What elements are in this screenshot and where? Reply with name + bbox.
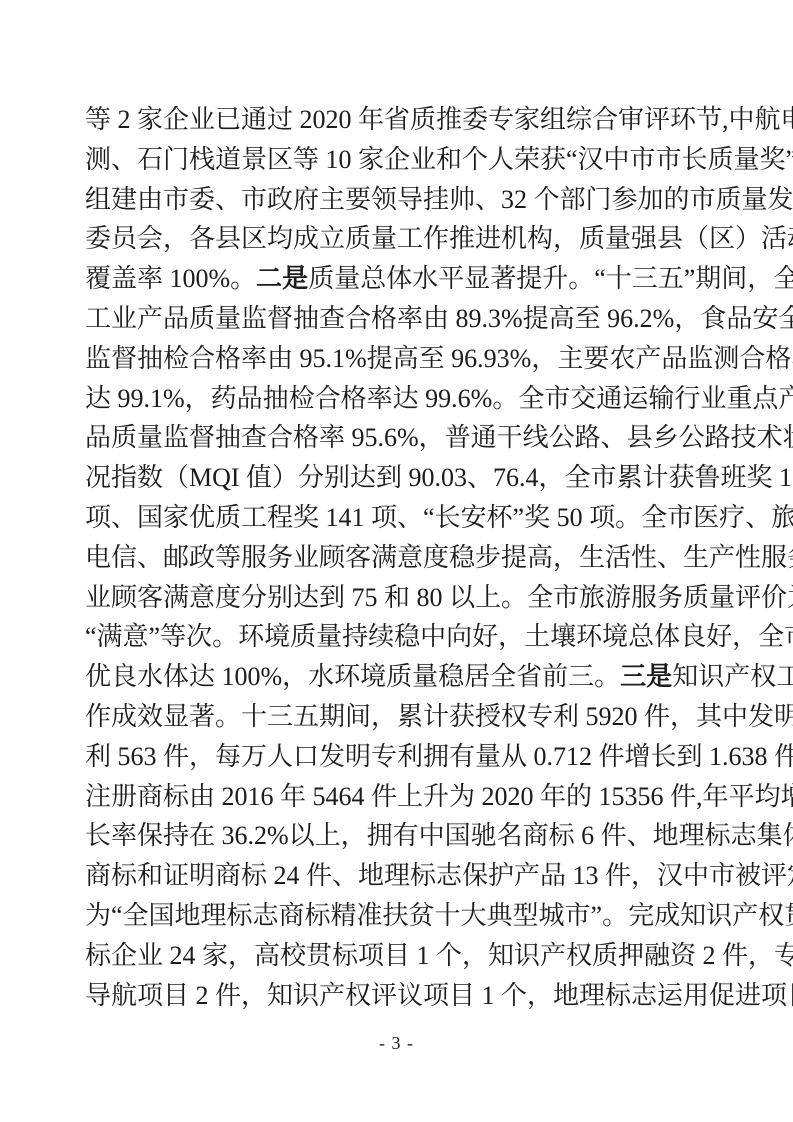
text-line: 达 99.1%，药品抽检合格率达 99.6%。全市交通运输行业重点产 <box>85 379 713 419</box>
text-column: 等 2 家企业已通过 2020 年省质推委专家组综合审评环节,中航电测、石门栈道… <box>85 100 713 1015</box>
text-line: 为“全国地理标志商标精准扶贫十大典型城市”。完成知识产权贯 <box>85 896 713 936</box>
text-segment: 品质量监督抽查合格率 95.6%，普通干线公路、县乡公路技术状 <box>85 423 793 452</box>
text-segment: 组建由市委、市政府主要领导挂帅、32 个部门参加的市质量发展 <box>85 185 793 214</box>
text-segment: 电信、邮政等服务业顾客满意度稳步提高，生活性、生产性服务 <box>85 543 793 572</box>
text-line: 优良水体达 100%，水环境质量稳居全省前三。三是知识产权工 <box>85 657 713 697</box>
text-line: 等 2 家企业已通过 2020 年省质推委专家组综合审评环节,中航电 <box>85 100 713 140</box>
text-segment: 监督抽检合格率由 95.1%提高至 96.93%，主要农产品监测合格率 <box>85 344 793 373</box>
text-segment: 覆盖率 100%。 <box>85 264 256 293</box>
bold-text-segment: 三是 <box>620 662 672 691</box>
text-segment: 利 563 件，每万人口发明专利拥有量从 0.712 件增长到 1.638 件。 <box>85 742 793 771</box>
text-line: 委员会，各县区均成立质量工作推进机构，质量强县（区）活动 <box>85 219 713 259</box>
text-line: 覆盖率 100%。二是质量总体水平显著提升。“十三五”期间，全市 <box>85 259 713 299</box>
text-segment: 业顾客满意度分别达到 75 和 80 以上。全市旅游服务质量评价为 <box>85 583 793 612</box>
text-segment: 测、石门栈道景区等 10 家企业和个人荣获“汉中市市长质量奖”。 <box>85 145 793 174</box>
text-line: 测、石门栈道景区等 10 家企业和个人荣获“汉中市市长质量奖”。 <box>85 140 713 180</box>
bold-text-segment: 二是 <box>256 264 308 293</box>
text-segment: 标企业 24 家，高校贯标项目 1 个，知识产权质押融资 2 件，专利 <box>85 941 793 970</box>
text-segment: “满意”等次。环境质量持续稳中向好，土壤环境总体良好，全市 <box>85 622 793 651</box>
text-line: 业顾客满意度分别达到 75 和 80 以上。全市旅游服务质量评价为 <box>85 578 713 618</box>
text-segment: 知识产权工 <box>672 662 793 691</box>
text-segment: 质量总体水平显著提升。“十三五”期间，全市 <box>308 264 793 293</box>
page-number: - 3 - <box>0 1033 793 1054</box>
text-segment: 项、国家优质工程奖 141 项、“长安杯”奖 50 项。全市医疗、旅游、 <box>85 503 793 532</box>
text-segment: 委员会，各县区均成立质量工作推进机构，质量强县（区）活动 <box>85 224 793 253</box>
text-line: 组建由市委、市政府主要领导挂帅、32 个部门参加的市质量发展 <box>85 180 713 220</box>
text-line: 商标和证明商标 24 件、地理标志保护产品 13 件，汉中市被评定 <box>85 856 713 896</box>
text-segment: 为“全国地理标志商标精准扶贫十大典型城市”。完成知识产权贯 <box>85 901 793 930</box>
document-page: 等 2 家企业已通过 2020 年省质推委专家组综合审评环节,中航电测、石门栈道… <box>0 0 793 1122</box>
text-segment: 优良水体达 100%，水环境质量稳居全省前三。 <box>85 662 620 691</box>
text-segment: 况指数（MQI 值）分别达到 90.03、76.4，全市累计获鲁班奖 110 <box>85 463 793 492</box>
text-line: 监督抽检合格率由 95.1%提高至 96.93%，主要农产品监测合格率 <box>85 339 713 379</box>
text-segment: 商标和证明商标 24 件、地理标志保护产品 13 件，汉中市被评定 <box>85 861 793 890</box>
text-line: 长率保持在 36.2%以上，拥有中国驰名商标 6 件、地理标志集体 <box>85 816 713 856</box>
text-segment: 注册商标由 2016 年 5464 件上升为 2020 年的 15356 件,年… <box>85 782 793 811</box>
text-line: 标企业 24 家，高校贯标项目 1 个，知识产权质押融资 2 件，专利 <box>85 936 713 976</box>
text-line: 导航项目 2 件，知识产权评议项目 1 个，地理标志运用促进项目 <box>85 976 713 1016</box>
text-line: 作成效显著。十三五期间，累计获授权专利 5920 件，其中发明专 <box>85 697 713 737</box>
text-line: 电信、邮政等服务业顾客满意度稳步提高，生活性、生产性服务 <box>85 538 713 578</box>
text-line: 注册商标由 2016 年 5464 件上升为 2020 年的 15356 件,年… <box>85 777 713 817</box>
text-segment: 长率保持在 36.2%以上，拥有中国驰名商标 6 件、地理标志集体 <box>85 821 793 850</box>
text-segment: 等 2 家企业已通过 2020 年省质推委专家组综合审评环节,中航电 <box>85 105 793 134</box>
text-segment: 达 99.1%，药品抽检合格率达 99.6%。全市交通运输行业重点产 <box>85 384 793 413</box>
text-segment: 导航项目 2 件，知识产权评议项目 1 个，地理标志运用促进项目 <box>85 981 793 1010</box>
text-line: “满意”等次。环境质量持续稳中向好，土壤环境总体良好，全市 <box>85 617 713 657</box>
text-line: 况指数（MQI 值）分别达到 90.03、76.4，全市累计获鲁班奖 110 <box>85 458 713 498</box>
text-segment: 工业产品质量监督抽查合格率由 89.3%提高至 96.2%，食品安全 <box>85 304 793 333</box>
text-segment: 作成效显著。十三五期间，累计获授权专利 5920 件，其中发明专 <box>85 702 793 731</box>
text-line: 利 563 件，每万人口发明专利拥有量从 0.712 件增长到 1.638 件。 <box>85 737 713 777</box>
text-line: 项、国家优质工程奖 141 项、“长安杯”奖 50 项。全市医疗、旅游、 <box>85 498 713 538</box>
text-line: 工业产品质量监督抽查合格率由 89.3%提高至 96.2%，食品安全 <box>85 299 713 339</box>
text-line: 品质量监督抽查合格率 95.6%，普通干线公路、县乡公路技术状 <box>85 418 713 458</box>
